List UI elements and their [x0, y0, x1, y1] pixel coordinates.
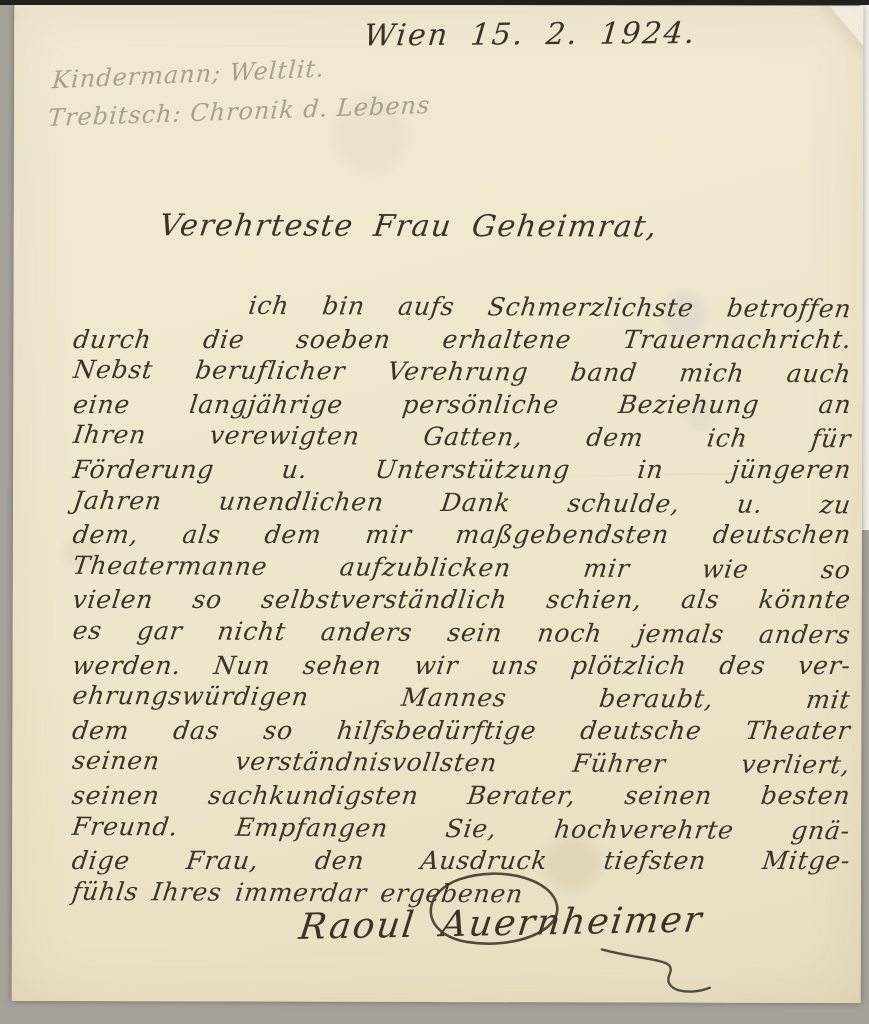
- letter-line: seinen verständnisvollsten Führer verlie…: [70, 745, 852, 782]
- scan-edge-top: [0, 0, 869, 5]
- letter-line: Ihren verewigten Gatten, dem ich für: [71, 419, 853, 456]
- letter-line: Freund. Empfangen Sie, hochverehrte gnä-: [70, 810, 852, 847]
- pencil-annotation-1: Kindermann; Weltlit.: [51, 54, 325, 94]
- letter-line: vielen so selbstverständlich schien, als…: [71, 584, 853, 617]
- letter-line: Förderung u. Unterstützung in jüngeren: [71, 454, 853, 487]
- letter-line: es gar nicht anders sein noch jemals and…: [71, 615, 853, 652]
- letter-line: seinen sachkundigsten Berater, seinen be…: [70, 780, 852, 813]
- letter-paper: Wien 15. 2. 1924. Kindermann; Weltlit. T…: [12, 4, 864, 1003]
- date-line: Wien 15. 2. 1924.: [362, 16, 698, 54]
- letter-line: Theatermanne aufzublicken mir wie so: [71, 550, 853, 587]
- letter-line: dem, als dem mir maßgebendsten deutschen: [71, 519, 853, 552]
- letter-line: dem das so hilfsbedürftige deutsche Thea…: [70, 715, 852, 748]
- letter-line: Jahren unendlichen Dank schulde, u. zu: [71, 484, 853, 521]
- letter-line: durch die soeben erhaltene Trauernachric…: [71, 324, 853, 357]
- letter-line: ich bin aufs Schmerzlichste betroffen: [72, 289, 854, 326]
- letter-line: ehrungswürdigen Mannes beraubt, mit: [71, 680, 853, 717]
- salutation: Verehrteste Frau Geheimrat,: [158, 208, 660, 244]
- signature: Raoul Auernheimer: [297, 899, 706, 947]
- letter-line: werden. Nun sehen wir uns plötzlich des …: [70, 650, 852, 683]
- paper-corner-crease: [768, 6, 863, 121]
- pencil-annotation-2: Trebitsch: Chronik d. Lebens: [47, 91, 431, 132]
- letter-line: Nebst beruflicher Verehrung band mich au…: [71, 354, 853, 391]
- letter-body: ich bin aufs Schmerzlichste betroffen du…: [72, 290, 852, 911]
- letter-line: eine langjährige persönliche Beziehung a…: [71, 389, 853, 422]
